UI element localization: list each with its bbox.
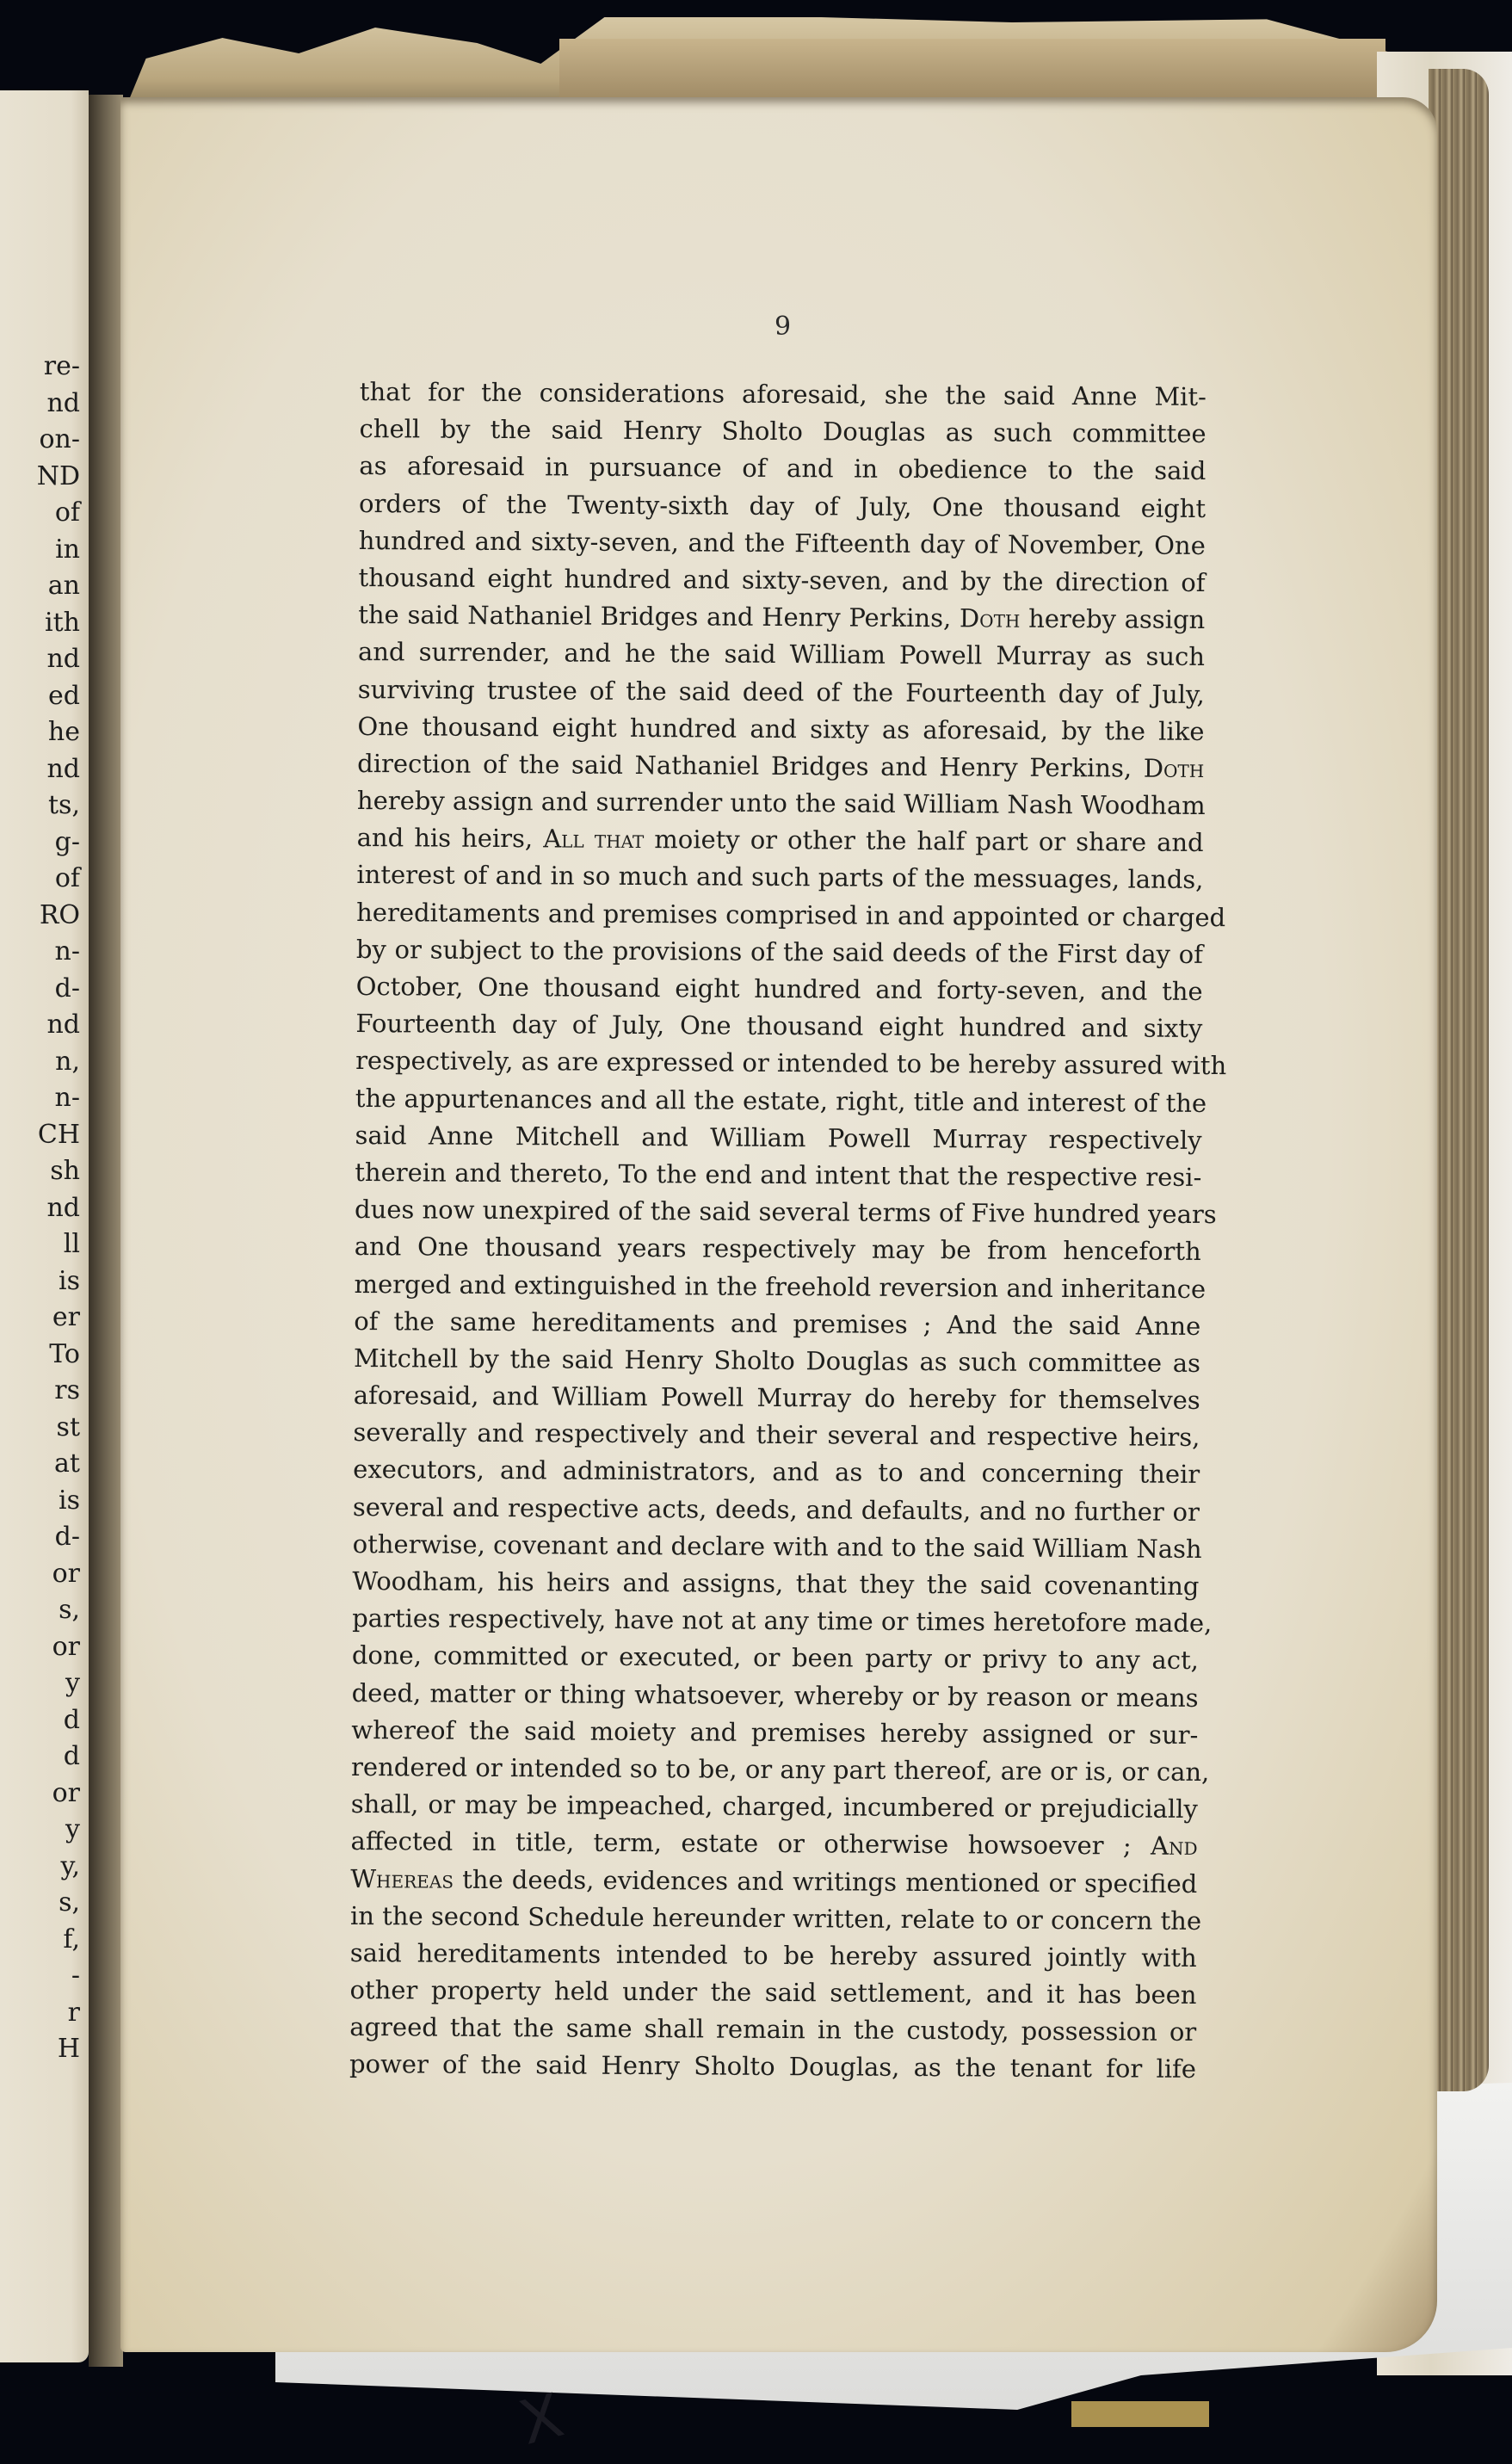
text-line: said hereditaments intended to be hereby… bbox=[350, 1935, 1197, 1977]
left-page-fragment: of bbox=[37, 495, 80, 532]
left-page-fragment: st bbox=[37, 1410, 80, 1447]
text-line: hereditaments and premises comprised in … bbox=[356, 894, 1203, 936]
text-line: Mitchell by the said Henry Sholto Dougla… bbox=[354, 1340, 1200, 1382]
left-page-fragment: CH bbox=[37, 1117, 80, 1154]
left-page-fragment: H bbox=[37, 2031, 80, 2068]
text-line: One thousand eight hundred and sixty as … bbox=[357, 708, 1204, 750]
left-page-fragment: s, bbox=[37, 1592, 80, 1629]
text-line: aforesaid, and William Powell Murray do … bbox=[354, 1377, 1200, 1419]
text-line: thousand eight hundred and sixty-seven, … bbox=[358, 559, 1205, 602]
text-line: executors, and administrators, and as to… bbox=[353, 1451, 1200, 1493]
text-line: the said Nathaniel Bridges and Henry Per… bbox=[358, 596, 1205, 639]
left-page: re-ndon-NDofinanithndedhendts,g-ofROn-d-… bbox=[0, 90, 89, 2362]
text-line: rendered or intended so to be, or any pa… bbox=[351, 1749, 1198, 1791]
text-line: therein and thereto, To the end and inte… bbox=[355, 1154, 1201, 1196]
left-page-fragment: on- bbox=[37, 422, 80, 459]
left-page-fragment: re- bbox=[37, 349, 80, 386]
left-page-fragment: or bbox=[37, 1775, 80, 1812]
left-page-fragment: nd bbox=[37, 386, 80, 423]
text-line: said Anne Mitchell and William Powell Mu… bbox=[355, 1117, 1201, 1159]
left-page-fragment: he bbox=[37, 714, 80, 751]
left-page-fragment: d bbox=[37, 1738, 80, 1775]
text-line: power of the said Henry Sholto Douglas, … bbox=[349, 2046, 1196, 2088]
left-page-fragment: d bbox=[37, 1702, 80, 1739]
text-line: otherwise, covenant and declare with and… bbox=[353, 1526, 1200, 1568]
text-line: agreed that the same shall remain in the… bbox=[349, 2009, 1196, 2051]
text-line: hereby assign and surrender unto the sai… bbox=[357, 782, 1204, 824]
text-line: that for the considerations aforesaid, s… bbox=[360, 374, 1207, 416]
left-page-fragment: r bbox=[37, 1995, 80, 2032]
left-page-fragment: s, bbox=[37, 1885, 80, 1922]
left-page-fragment: nd bbox=[37, 1007, 80, 1044]
text-line: as aforesaid in pursuance of and in obed… bbox=[359, 448, 1206, 490]
text-line: hundred and sixty-seven, and the Fifteen… bbox=[359, 522, 1206, 565]
left-page-fragment: d- bbox=[37, 1519, 80, 1556]
text-line: orders of the Twenty-sixth day of July, … bbox=[359, 485, 1206, 528]
left-page-fragment: ND bbox=[37, 459, 80, 496]
left-page-fragment: d- bbox=[37, 971, 80, 1008]
page-body-text: that for the considerations aforesaid, s… bbox=[349, 374, 1207, 2089]
text-line: dues now unexpired of the said several t… bbox=[355, 1191, 1201, 1233]
left-page-fragment: is bbox=[37, 1263, 80, 1300]
left-page-fragment: f, bbox=[37, 1922, 80, 1959]
text-line: chell by the said Henry Sholto Douglas a… bbox=[359, 411, 1206, 453]
text-line: several and respective acts, deeds, and … bbox=[353, 1489, 1200, 1531]
left-page-fragment: in bbox=[37, 532, 80, 569]
left-page-fragment: ed bbox=[37, 678, 80, 715]
left-page-fragment: n- bbox=[37, 1080, 80, 1117]
text-line: merged and extinguished in the freehold … bbox=[354, 1265, 1200, 1307]
text-line: Whereas the deeds, evidences and writing… bbox=[350, 1860, 1197, 1902]
left-page-fragment: RO bbox=[37, 898, 80, 935]
left-page-text-fragments: re-ndon-NDofinanithndedhendts,g-ofROn-d-… bbox=[37, 349, 80, 2068]
text-line: done, committed or executed, or been par… bbox=[352, 1637, 1199, 1679]
left-page-fragment: nd bbox=[37, 1190, 80, 1227]
text-line: interest of and in so much and such part… bbox=[356, 856, 1203, 899]
text-line: and surrender, and he the said William P… bbox=[358, 633, 1205, 676]
left-page-fragment: sh bbox=[37, 1153, 80, 1190]
text-line: whereof the said moiety and premises her… bbox=[351, 1712, 1198, 1754]
text-line: shall, or may be impeached, charged, inc… bbox=[351, 1786, 1198, 1828]
left-page-fragment: ll bbox=[37, 1226, 80, 1263]
left-page-fragment: To bbox=[37, 1337, 80, 1374]
text-line: respectively, as are expressed or intend… bbox=[355, 1042, 1202, 1084]
text-line: Fourteenth day of July, One thousand eig… bbox=[355, 1005, 1202, 1047]
left-page-fragment: an bbox=[37, 568, 80, 605]
left-page-fragment: y bbox=[37, 1665, 80, 1702]
left-page-fragment: n, bbox=[37, 1044, 80, 1081]
left-page-fragment: ith bbox=[37, 605, 80, 642]
text-line: affected in title, term, estate or other… bbox=[350, 1823, 1197, 1865]
left-page-fragment: at bbox=[37, 1446, 80, 1483]
left-page-fragment: - bbox=[37, 1958, 80, 1995]
text-line: the appurtenances and all the estate, ri… bbox=[355, 1080, 1202, 1122]
text-line: Woodham, his heirs and assigns, that the… bbox=[352, 1563, 1199, 1605]
left-page-fragment: rs bbox=[37, 1373, 80, 1410]
text-line: other property held under the said settl… bbox=[349, 1972, 1196, 2014]
book-gutter bbox=[89, 95, 123, 2367]
tape-strip bbox=[1071, 2401, 1209, 2427]
left-page-fragment: y, bbox=[37, 1849, 80, 1886]
left-page-fragment: nd bbox=[37, 641, 80, 678]
text-line: of the same hereditaments and premises ;… bbox=[354, 1303, 1200, 1345]
left-page-fragment: g- bbox=[37, 824, 80, 861]
left-page-fragment: nd bbox=[37, 751, 80, 788]
text-line: deed, matter or thing whatsoever, whereb… bbox=[352, 1675, 1199, 1717]
left-page-fragment: n- bbox=[37, 934, 80, 971]
left-page-fragment: ts, bbox=[37, 787, 80, 824]
page-block-edge bbox=[1429, 69, 1489, 2091]
left-page-fragment: er bbox=[37, 1300, 80, 1337]
left-page-fragment: of bbox=[37, 861, 80, 898]
text-line: in the second Schedule hereunder written… bbox=[350, 1898, 1197, 1940]
left-page-fragment: is bbox=[37, 1483, 80, 1520]
text-line: parties respectively, have not at any ti… bbox=[352, 1600, 1199, 1642]
text-line: and One thousand years respectively may … bbox=[355, 1228, 1201, 1270]
text-line: severally and respectively and their sev… bbox=[353, 1414, 1200, 1456]
text-line: direction of the said Nathaniel Bridges … bbox=[357, 745, 1204, 787]
left-page-fragment: or bbox=[37, 1629, 80, 1666]
page-number: 9 bbox=[775, 312, 791, 342]
left-page-fragment: or bbox=[37, 1556, 80, 1593]
text-line: and his heirs, All that moiety or other … bbox=[357, 819, 1204, 861]
torn-page-layer-top bbox=[559, 39, 1385, 102]
left-page-fragment: y bbox=[37, 1812, 80, 1849]
text-line: October, One thousand eight hundred and … bbox=[356, 968, 1203, 1010]
text-line: by or subject to the provisions of the s… bbox=[356, 931, 1203, 973]
text-line: surviving trustee of the said deed of th… bbox=[358, 670, 1205, 713]
